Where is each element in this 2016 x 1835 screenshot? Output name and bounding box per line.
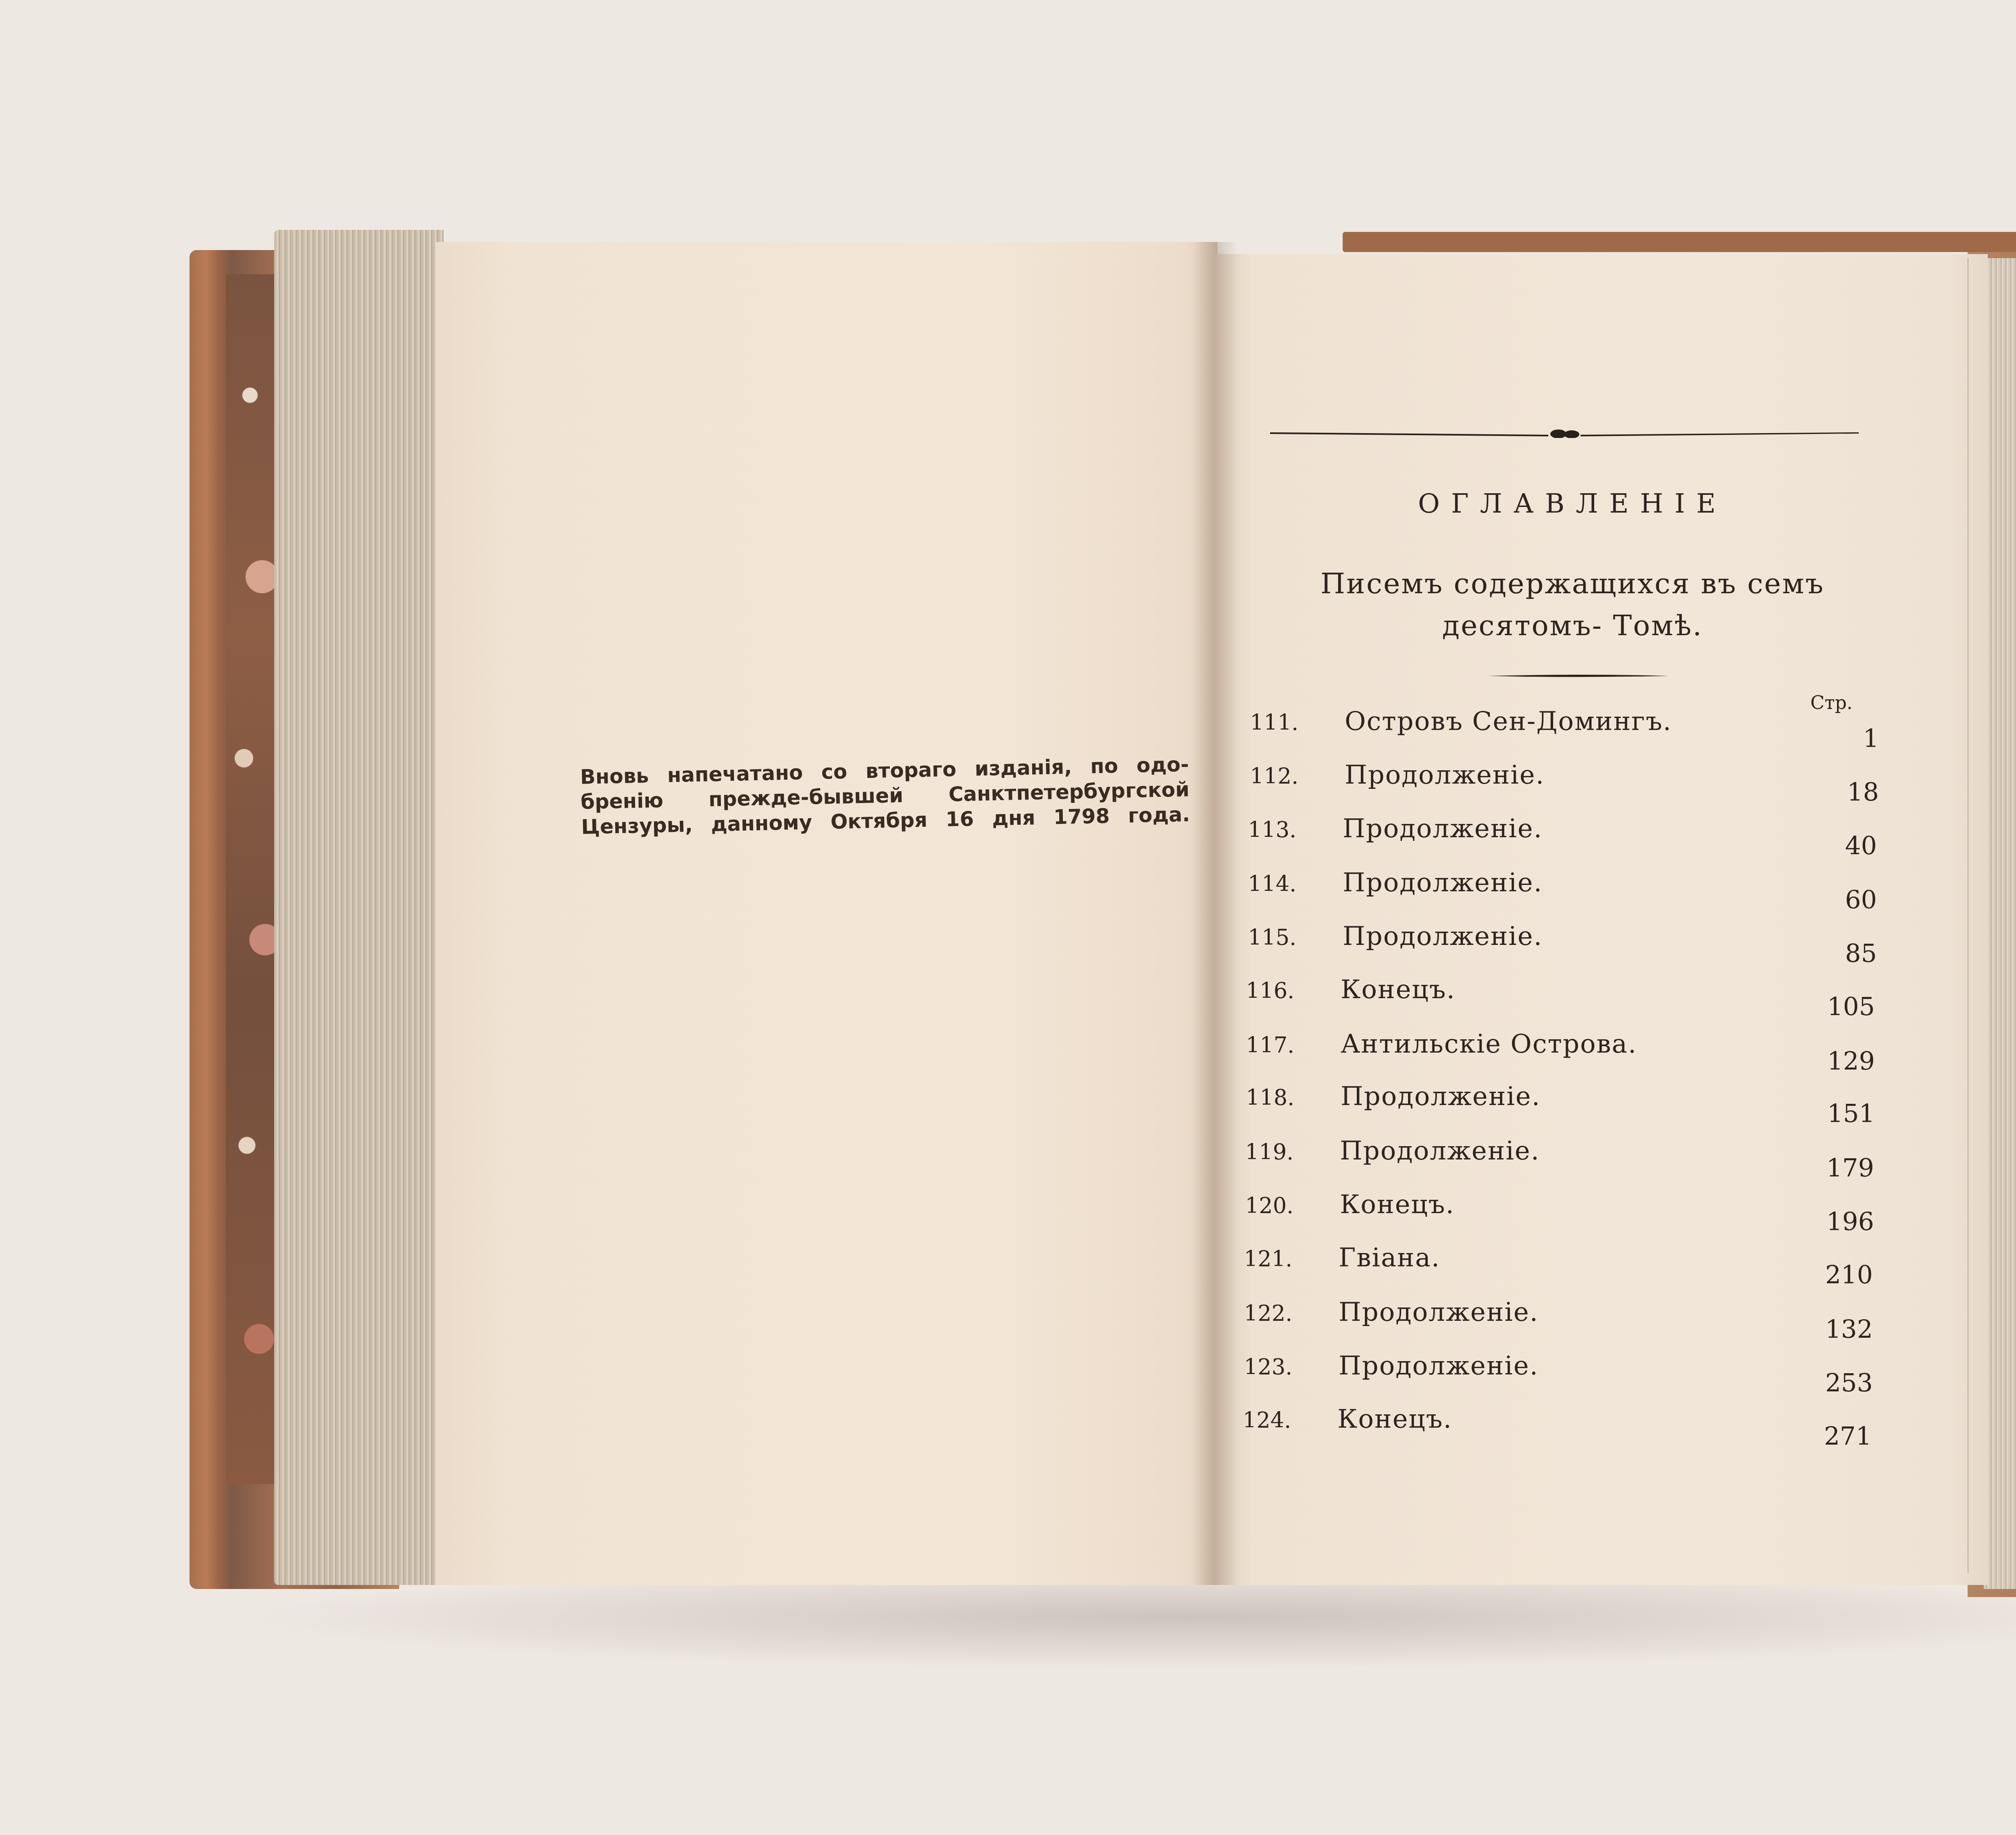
small-rule-icon — [1488, 674, 1669, 678]
letter-title: Конецъ. — [1337, 1404, 1452, 1434]
toc-row: 119. Продолженіе. 179 — [1245, 1139, 1874, 1188]
letter-number: 121. — [1244, 1246, 1292, 1272]
subtitle-line: Писемъ содержащихся въ семъ — [1230, 563, 1915, 605]
toc-subtitle: Писемъ содержащихся въ семъ десятомъ- То… — [1230, 563, 1915, 646]
toc-row: 116. Конецъ. 105 — [1246, 978, 1875, 1026]
letter-number: 111. — [1250, 710, 1298, 735]
page-number: 129 — [1827, 1046, 1875, 1076]
letter-number: 113. — [1248, 817, 1296, 842]
censorship-imprint: Вновь напечатано со втораго изданія, по … — [580, 752, 1190, 840]
toc-row: 111. Островъ Сен-Домингъ. 1 — [1250, 710, 1879, 758]
letter-title: Продолженіе. — [1343, 922, 1543, 951]
toc-row: 114. Продолженіе. 60 — [1248, 871, 1877, 920]
page-number: 60 — [1845, 885, 1877, 914]
letter-title: Продолженіе. — [1339, 1351, 1539, 1381]
page-number: 40 — [1845, 831, 1877, 860]
letter-number: 123. — [1244, 1354, 1292, 1380]
toc-row: 117. Антильскіе Острова. 129 — [1246, 1032, 1875, 1081]
toc-row: 118. Продолженіе. 151 — [1246, 1085, 1875, 1133]
letter-title: Продолженіе. — [1340, 1136, 1540, 1166]
toc-row: 124. Конецъ. 271 — [1243, 1408, 1872, 1456]
toc-row: 112. Продолженіе. 18 — [1250, 763, 1879, 812]
page-number: 18 — [1847, 777, 1879, 807]
letter-number: 118. — [1246, 1085, 1294, 1110]
toc-row: 121. Гвіана. 210 — [1244, 1246, 1873, 1295]
letter-number: 119. — [1245, 1139, 1293, 1165]
letter-number: 114. — [1248, 871, 1296, 897]
letter-number: 112. — [1250, 763, 1298, 789]
letter-title: Конецъ. — [1341, 975, 1456, 1005]
toc-row: 115. Продолженіе. 85 — [1248, 925, 1877, 973]
toc-row: 123. Продолженіе. 253 — [1244, 1354, 1873, 1403]
letter-number: 116. — [1246, 978, 1294, 1003]
letter-number: 120. — [1245, 1193, 1293, 1218]
letter-title: Гвіана. — [1339, 1243, 1440, 1273]
letter-number: 122. — [1244, 1301, 1292, 1326]
letter-title: Антильскіе Острова. — [1341, 1029, 1637, 1059]
page-number: 179 — [1826, 1153, 1874, 1182]
left-page-edges — [274, 230, 444, 1585]
toc-row: 122. Продолженіе. 132 — [1244, 1301, 1873, 1349]
page-number: 105 — [1827, 992, 1875, 1021]
page-number: 271 — [1824, 1421, 1872, 1451]
page-number: 85 — [1845, 938, 1877, 968]
letter-title: Продолженіе. — [1339, 1297, 1539, 1327]
page-number: 253 — [1825, 1368, 1873, 1397]
page-number: 196 — [1826, 1207, 1874, 1236]
letter-title: Конецъ. — [1340, 1190, 1455, 1220]
letter-title: Продолженіе. — [1343, 814, 1543, 844]
spine-gutter — [1193, 242, 1238, 1585]
left-page — [435, 242, 1218, 1585]
ornamental-rule-icon — [1270, 428, 1859, 438]
right-page-edges — [1984, 258, 2016, 1589]
letter-title: Продолженіе. — [1343, 868, 1543, 898]
letter-title: Продолженіе. — [1341, 1082, 1541, 1111]
toc-row: 113. Продолженіе. 40 — [1248, 817, 1877, 865]
toc-row: 120. Конецъ. 196 — [1245, 1193, 1874, 1241]
letter-title: Островъ Сен-Домингъ. — [1345, 707, 1672, 736]
page-number: 151 — [1827, 1099, 1875, 1128]
page-number: 1 — [1863, 724, 1879, 753]
letter-number: 124. — [1243, 1408, 1291, 1433]
page-number: 210 — [1825, 1260, 1873, 1289]
toc-title: ОГЛАВЛЕНІЕ — [1290, 488, 1855, 519]
subtitle-line: десятомъ- Томѣ. — [1230, 605, 1915, 646]
page-number: 132 — [1825, 1314, 1873, 1344]
letter-number: 117. — [1246, 1032, 1294, 1058]
letter-title: Продолженіе. — [1345, 760, 1545, 790]
top-cover-edge — [1343, 232, 2016, 252]
letter-number: 115. — [1248, 925, 1296, 950]
